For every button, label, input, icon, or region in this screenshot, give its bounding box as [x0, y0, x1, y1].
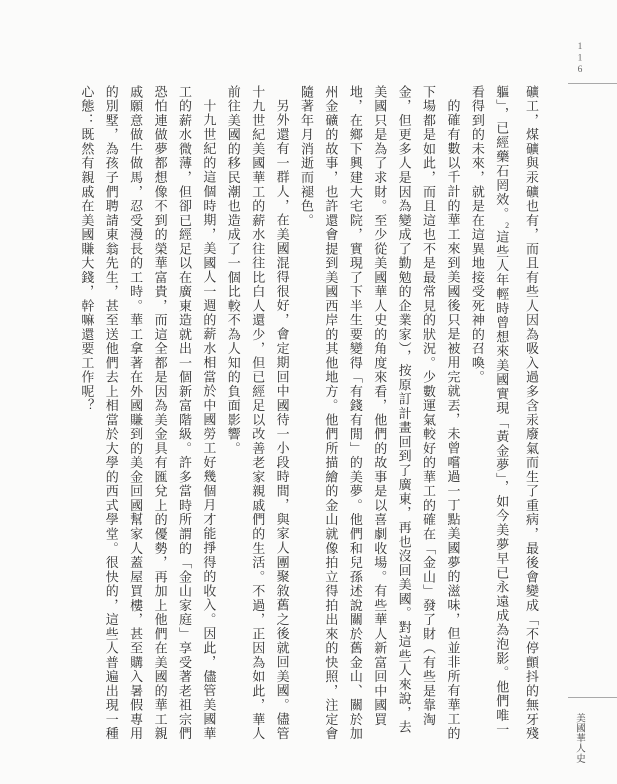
paragraph-1: 礦工，煤礦與汞礦也有，而且有些人因為吸入過多含汞廢氣而生了重病，最後會變成「不停…: [464, 85, 543, 745]
top-margin-rule: [568, 83, 617, 84]
footnote-marker: 2: [503, 221, 512, 230]
paragraph-3: 另外還有一群人，在美國混得很好，會定期回中國待一小段時間，與家人團聚敘舊之後就回…: [220, 85, 293, 745]
book-page: 116 礦工，煤礦與汞礦也有，而且有些人因為吸入過多含汞廢氣而生了重病，最後會變…: [0, 0, 617, 784]
body-text: 礦工，煤礦與汞礦也有，而且有些人因為吸入過多含汞廢氣而生了重病，最後會變成「不停…: [77, 85, 543, 745]
bottom-margin-rule: [568, 697, 617, 698]
paragraph-4: 十九世紀的這個時期，美國人一週的薪水相當於中國勞工好幾個月才能掙得的收入。因此，…: [74, 85, 220, 745]
paragraph-2: 的確有數以千計的華工來到美國後只是被用完就丟，未曾嚐過一丁點美國夢的滋味，但並非…: [294, 85, 465, 745]
running-title: 美國華人史: [572, 713, 586, 764]
page-number: 116: [575, 42, 585, 77]
